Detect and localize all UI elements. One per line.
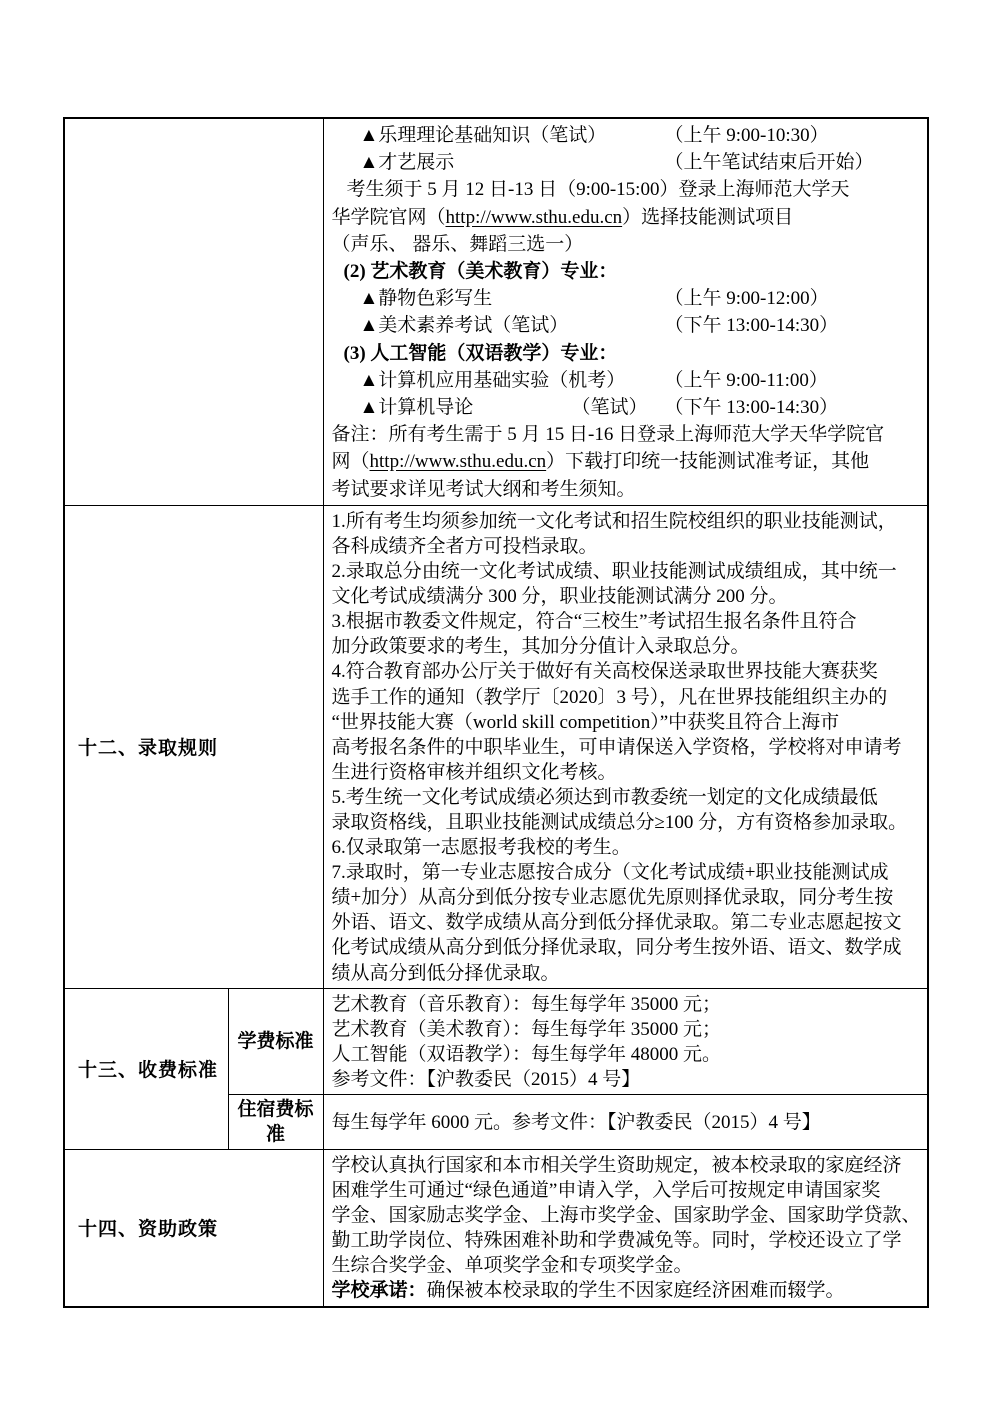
text-segment: 录取资格线，且职业技能测试成绩总分≥100 分，方有资格参加录取。	[332, 812, 908, 833]
text-line: 考生须于 5 月 12 日-13 日（9:00-15:00）登录上海师范大学天	[332, 176, 924, 203]
text-line: 学金、国家励志奖学金、上海市奖学金、国家助学金、国家助学贷款、	[332, 1203, 924, 1228]
text-segment: 困难学生可通过“绿色通道”申请入学，入学后可按规定申请国家奖	[332, 1180, 881, 1201]
text-line: 人工智能（双语教学）：每生每学年 48000 元。	[332, 1042, 924, 1067]
text-segment: 华学院官网（	[332, 207, 446, 228]
text-segment: 确保被本校录取的学生不因家庭经济困难而辍学。	[427, 1280, 845, 1301]
text-segment: 6.仅录取第一志愿报考我校的考生。	[332, 837, 631, 858]
exam-schedule-content-cell: ▲乐理理论基础知识（笔试）（上午 9:00-10:30）▲才艺展示（上午笔试结束…	[323, 118, 928, 505]
text-line: 生进行资格审核并组织文化考核。	[332, 760, 924, 785]
text-line: 外语、语文、数学成绩从高分到低分择优录取。第二专业志愿起按文	[332, 910, 924, 935]
text-segment: 1.所有考生均须参加统一文化考试和招生院校组织的职业技能测试，	[332, 511, 897, 532]
text-segment: （上午 9:00-10:30）	[665, 122, 829, 149]
text-segment: 2.录取总分由统一文化考试成绩、职业技能测试成绩组成，其中统一	[332, 561, 897, 582]
table-row: ▲乐理理论基础知识（笔试）（上午 9:00-10:30）▲才艺展示（上午笔试结束…	[64, 118, 928, 505]
text-segment: ）选择技能测试项目	[622, 207, 793, 228]
text-line: 华学院官网（http://www.sthu.edu.cn）选择技能测试项目	[332, 204, 924, 231]
text-line: “世界技能大赛（world skill competition）”中获奖且符合上…	[332, 710, 924, 735]
admission-rules-content-cell: 1.所有考生均须参加统一文化考试和招生院校组织的职业技能测试，各科成绩齐全者方可…	[323, 505, 928, 988]
text-segment: 艺术教育（音乐教育）：每生每学年 35000 元；	[332, 994, 722, 1015]
text-segment: ▲静物色彩写生	[360, 288, 493, 309]
text-segment: 外语、语文、数学成绩从高分到低分择优录取。第二专业志愿起按文	[332, 912, 902, 933]
text-line: 5.考生统一文化考试成绩必须达到市教委统一划定的文化成绩最低	[332, 785, 924, 810]
text-segment: 生综合奖学金、单项奖学金和专项奖学金。	[332, 1255, 693, 1276]
text-segment: 勤工助学岗位、特殊困难补助和学费减免等。同时，学校还设立了学	[332, 1230, 902, 1251]
text-segment: 7.录取时，第一专业志愿按合成分（文化考试成绩+职业技能测试成	[332, 862, 889, 883]
text-line: ▲静物色彩写生（上午 9:00-12:00）	[332, 285, 924, 312]
text-segment: 高考报名条件的中职毕业生，可申请保送入学资格，学校将对申请考	[332, 737, 902, 758]
document-page: ▲乐理理论基础知识（笔试）（上午 9:00-10:30）▲才艺展示（上午笔试结束…	[0, 0, 992, 1403]
text-segment: 5.考生统一文化考试成绩必须达到市教委统一划定的文化成绩最低	[332, 787, 878, 808]
text-segment: 绩从高分到低分择优录取。	[332, 963, 560, 984]
text-line: 化考试成绩从高分到低分择优录取，同分考生按外语、语文、数学成	[332, 935, 924, 960]
text-line: 学校承诺：确保被本校录取的学生不因家庭经济困难而辍学。	[332, 1278, 924, 1303]
text-line: 网（http://www.sthu.edu.cn）下载打印统一技能测试准考证，其…	[332, 448, 924, 475]
text-line: 2.录取总分由统一文化考试成绩、职业技能测试成绩组成，其中统一	[332, 559, 924, 584]
text-line: 7.录取时，第一专业志愿按合成分（文化考试成绩+职业技能测试成	[332, 860, 924, 885]
text-line: (2) 艺术教育（美术教育）专业：	[332, 258, 924, 285]
table-row: 十二、录取规则 1.所有考生均须参加统一文化考试和招生院校组织的职业技能测试，各…	[64, 505, 928, 988]
text-segment: （声乐、 器乐、舞蹈三选一）	[332, 234, 584, 255]
text-segment: 加分政策要求的考生，其加分分值计入录取总分。	[332, 636, 750, 657]
sthu-website-link[interactable]: http://www.sthu.edu.cn	[370, 451, 547, 472]
row-label-admission-rules: 十二、录取规则	[64, 505, 323, 988]
tuition-standard-content-cell: 艺术教育（音乐教育）：每生每学年 35000 元；艺术教育（美术教育）：每生每学…	[323, 988, 928, 1094]
table-row: 十三、收费标准 学费标准 艺术教育（音乐教育）：每生每学年 35000 元；艺术…	[64, 988, 928, 1094]
text-segment: 学校认真执行国家和本市相关学生资助规定，被本校录取的家庭经济	[332, 1155, 902, 1176]
text-segment: (2) 艺术教育（美术教育）专业：	[344, 261, 618, 282]
text-segment: ▲美术素养考试（笔试）	[360, 315, 569, 336]
text-segment: (3) 人工智能（双语教学）专业：	[344, 343, 618, 364]
row-label-financial-aid: 十四、资助政策	[64, 1150, 323, 1307]
text-segment: （上午 9:00-12:00）	[665, 285, 829, 312]
text-line: ▲计算机导论（笔试）（下午 13:00-14:30）	[332, 394, 924, 421]
text-line: 困难学生可通过“绿色通道”申请入学，入学后可按规定申请国家奖	[332, 1178, 924, 1203]
text-segment: （上午 9:00-11:00）	[665, 367, 828, 394]
text-segment: ▲计算机应用基础实验（机考）	[360, 370, 626, 391]
text-line: 加分政策要求的考生，其加分分值计入录取总分。	[332, 634, 924, 659]
tuition-standard-label-cell: 学费标准	[228, 988, 323, 1094]
financial-aid-content-cell: 学校认真执行国家和本市相关学生资助规定，被本校录取的家庭经济困难学生可通过“绿色…	[323, 1150, 928, 1307]
text-line: 文化考试成绩满分 300 分，职业技能测试满分 200 分。	[332, 584, 924, 609]
accommodation-fee-content-cell: 每生每学年 6000 元。参考文件：【沪教委民（2015）4 号】	[323, 1095, 928, 1150]
text-line: 艺术教育（美术教育）：每生每学年 35000 元；	[332, 1017, 924, 1042]
text-segment: 各科成绩齐全者方可投档录取。	[332, 536, 598, 557]
text-line: 6.仅录取第一志愿报考我校的考生。	[332, 835, 924, 860]
text-segment: 考生须于 5 月 12 日-13 日（9:00-15:00）登录上海师范大学天	[347, 179, 850, 200]
text-line: 绩+加分）从高分到低分按专业志愿优先原则择优录取，同分考生按	[332, 885, 924, 910]
text-line: 绩从高分到低分择优录取。	[332, 961, 924, 986]
text-segment: 人工智能（双语教学）：每生每学年 48000 元。	[332, 1044, 722, 1065]
row-label-exam-schedule	[64, 118, 323, 505]
text-segment: 3.根据市教委文件规定，符合“三校生”考试招生报名条件且符合	[332, 611, 857, 632]
text-line: ▲乐理理论基础知识（笔试）（上午 9:00-10:30）	[332, 122, 924, 149]
table-row: 十四、资助政策 学校认真执行国家和本市相关学生资助规定，被本校录取的家庭经济困难…	[64, 1150, 928, 1307]
text-segment: 化考试成绩从高分到低分择优录取，同分考生按外语、语文、数学成	[332, 937, 902, 958]
text-line: ▲才艺展示（上午笔试结束后开始）	[332, 149, 924, 176]
text-line: 生综合奖学金、单项奖学金和专项奖学金。	[332, 1253, 924, 1278]
text-line: 录取资格线，且职业技能测试成绩总分≥100 分，方有资格参加录取。	[332, 810, 924, 835]
text-segment: ▲才艺展示	[360, 152, 455, 173]
text-line: ▲美术素养考试（笔试）（下午 13:00-14:30）	[332, 312, 924, 339]
text-segment: 文化考试成绩满分 300 分，职业技能测试满分 200 分。	[332, 586, 788, 607]
text-line: 勤工助学岗位、特殊困难补助和学费减免等。同时，学校还设立了学	[332, 1228, 924, 1253]
text-line: 学校认真执行国家和本市相关学生资助规定，被本校录取的家庭经济	[332, 1153, 924, 1178]
text-segment: ）下载打印统一技能测试准考证，其他	[546, 451, 869, 472]
text-line: 各科成绩齐全者方可投档录取。	[332, 534, 924, 559]
text-line: 4.符合教育部办公厅关于做好有关高校保送录取世界技能大赛获奖	[332, 659, 924, 684]
text-segment: 绩+加分）从高分到低分按专业志愿优先原则择优录取，同分考生按	[332, 887, 894, 908]
text-segment: 备注：所有考生需于 5 月 15 日-16 日登录上海师范大学天华学院官	[332, 424, 885, 445]
text-line: ▲计算机应用基础实验（机考）（上午 9:00-11:00）	[332, 367, 924, 394]
text-line: 每生每学年 6000 元。参考文件：【沪教委民（2015）4 号】	[332, 1110, 924, 1135]
accommodation-fee-label-cell: 住宿费标准	[228, 1095, 323, 1150]
text-segment: ▲计算机导论	[360, 397, 474, 418]
admissions-info-table: ▲乐理理论基础知识（笔试）（上午 9:00-10:30）▲才艺展示（上午笔试结束…	[63, 117, 929, 1308]
text-line: 高考报名条件的中职毕业生，可申请保送入学资格，学校将对申请考	[332, 735, 924, 760]
text-line: 1.所有考生均须参加统一文化考试和招生院校组织的职业技能测试，	[332, 509, 924, 534]
text-line: 备注：所有考生需于 5 月 15 日-16 日登录上海师范大学天华学院官	[332, 421, 924, 448]
text-line: （声乐、 器乐、舞蹈三选一）	[332, 231, 924, 258]
text-segment: （下午 13:00-14:30）	[665, 312, 839, 339]
text-segment: 生进行资格审核并组织文化考核。	[332, 762, 617, 783]
text-segment: （下午 13:00-14:30）	[665, 394, 839, 421]
text-line: 考试要求详见考试大纲和考生须知。	[332, 476, 924, 503]
text-segment: 学校承诺：	[332, 1280, 427, 1301]
text-line: 艺术教育（音乐教育）：每生每学年 35000 元；	[332, 992, 924, 1017]
text-segment: 考试要求详见考试大纲和考生须知。	[332, 479, 636, 500]
text-segment: 4.符合教育部办公厅关于做好有关高校保送录取世界技能大赛获奖	[332, 661, 878, 682]
text-segment: 学金、国家励志奖学金、上海市奖学金、国家助学金、国家助学贷款、	[332, 1205, 921, 1226]
text-segment: （上午笔试结束后开始）	[665, 149, 874, 176]
text-segment: “世界技能大赛（world skill competition）”中获奖且符合上…	[332, 712, 840, 733]
text-segment: 参考文件：【沪教委民（2015）4 号】	[332, 1069, 641, 1090]
text-segment: （笔试）	[572, 394, 648, 421]
text-line: 参考文件：【沪教委民（2015）4 号】	[332, 1067, 924, 1092]
text-segment: ▲乐理理论基础知识（笔试）	[360, 125, 607, 146]
text-line: 3.根据市教委文件规定，符合“三校生”考试招生报名条件且符合	[332, 609, 924, 634]
text-line: (3) 人工智能（双语教学）专业：	[332, 340, 924, 367]
sthu-website-link[interactable]: http://www.sthu.edu.cn	[446, 207, 623, 228]
row-label-fees: 十三、收费标准	[64, 988, 228, 1149]
text-segment: 选手工作的通知（教学厅〔2020〕3 号），凡在世界技能组织主办的	[332, 687, 888, 708]
text-line: 选手工作的通知（教学厅〔2020〕3 号），凡在世界技能组织主办的	[332, 685, 924, 710]
text-segment: 每生每学年 6000 元。参考文件：【沪教委民（2015）4 号】	[332, 1112, 821, 1133]
text-segment: 艺术教育（美术教育）：每生每学年 35000 元；	[332, 1019, 722, 1040]
text-segment: 网（	[332, 451, 370, 472]
